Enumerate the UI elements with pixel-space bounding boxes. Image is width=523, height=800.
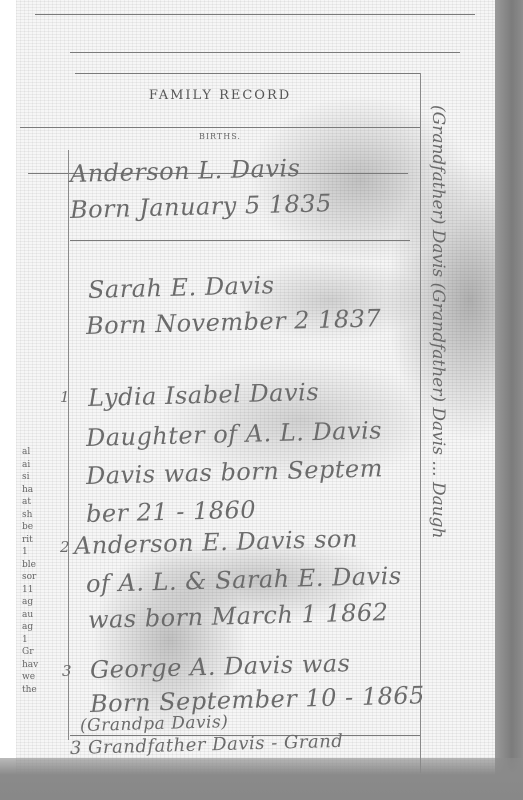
entry-3-line-4: ber 21 - 1860 [86, 496, 257, 528]
margin-fragment: sor [22, 571, 38, 584]
left-margin-fragments: al ai si ha at sh be rit 1 ble sor 11 ag… [22, 446, 38, 696]
section-rule [20, 127, 420, 128]
margin-fragment: be [22, 521, 38, 534]
header-rule-2 [75, 73, 420, 74]
margin-fragment: the [22, 684, 38, 697]
entry-3-number: 1 [60, 388, 70, 406]
margin-fragment: hav [22, 659, 38, 672]
top-rule [35, 14, 475, 15]
margin-fragment: at [22, 496, 38, 509]
vertical-margin-note: (Grandfather) Davis (Grandfather) Davis … [428, 105, 448, 539]
right-frame-rule [420, 73, 421, 773]
footer-note-1: (Grandpa Davis) [80, 712, 229, 736]
margin-fragment: ble [22, 559, 38, 572]
margin-fragment: al [22, 446, 38, 459]
margin-fragment: ag [22, 621, 38, 634]
margin-fragment: ai [22, 459, 38, 472]
margin-fragment: ha [22, 484, 38, 497]
margin-fragment: 11 [22, 584, 38, 597]
scanned-page: FAMILY RECORD BIRTHS. Anderson L. Davis … [0, 0, 523, 800]
margin-fragment: rit [22, 534, 38, 547]
family-record-heading: FAMILY RECORD [0, 88, 440, 103]
entry-2-line-1: Sarah E. Davis [88, 271, 275, 304]
margin-fragment: ag [22, 596, 38, 609]
header-rule-1 [70, 52, 460, 53]
margin-fragment: 1 [22, 546, 38, 559]
margin-fragment: sh [22, 509, 38, 522]
left-frame-rule [68, 150, 69, 740]
births-section-label: BIRTHS. [0, 132, 440, 141]
margin-fragment: 1 [22, 634, 38, 647]
margin-fragment: Gr [22, 646, 38, 659]
right-binding-edge [495, 0, 523, 800]
margin-fragment: au [22, 609, 38, 622]
margin-fragment: si [22, 471, 38, 484]
entry-4-number: 2 [60, 538, 70, 556]
left-page-edge [0, 0, 16, 800]
margin-fragment: we [22, 671, 38, 684]
entry-rule-2 [70, 240, 410, 241]
entry-5-number: 3 [62, 662, 72, 680]
bottom-page-edge [0, 758, 523, 800]
